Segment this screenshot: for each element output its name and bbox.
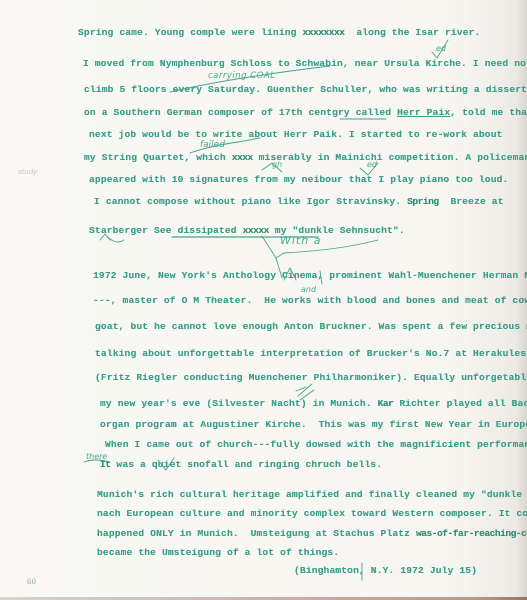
- text-line-5: next job would be to write about Herr Pa…: [89, 129, 503, 140]
- line-text: When I came out of church---fully dowsed…: [105, 439, 527, 450]
- handwritten-with-a: With a: [280, 234, 321, 247]
- line-text: Spring came. Young comple were lining: [78, 27, 302, 38]
- line-text: (Binghamton, N.Y. 1972 July 15): [294, 565, 477, 576]
- line-text: was a quiet snofall and ringing chruch b…: [111, 459, 383, 470]
- line-text: talking about unforgettable interpretati…: [95, 348, 527, 359]
- text-line-21: happened ONLY in Munich. Umsteigung at S…: [97, 528, 527, 539]
- line-text: Munich's rich cultural heritage amplifie…: [97, 489, 527, 500]
- struck-text: xxxxxxxx: [302, 27, 344, 38]
- text-line-17: When I came out of church---fully dowsed…: [105, 439, 527, 450]
- text-line-15: my new year's eve (Silvester Nacht) in M…: [100, 398, 527, 409]
- typewritten-page: Spring came. Young comple were lining xx…: [0, 0, 527, 600]
- handwritten-ed-2: ed: [367, 160, 377, 169]
- line-text: Starberger See dissipated: [89, 225, 243, 236]
- line-text: along the Isar river.: [345, 27, 481, 38]
- line-text: appeared with 10 signatures from my neib…: [89, 174, 508, 185]
- struck-text: xxxxx: [243, 225, 269, 236]
- line-text: happened ONLY in Munich. Umsteigung at S…: [97, 528, 416, 539]
- struck-text: Spring: [407, 196, 439, 207]
- faint-margin-note: study: [18, 168, 37, 176]
- text-line-9: Starberger See dissipated xxxxx my "dunk…: [89, 225, 405, 236]
- text-line-22: became the Umsteigung of a lot of things…: [97, 547, 339, 558]
- struck-text: was-of-far-reaching-consequence: [416, 528, 527, 539]
- line-text: I moved from Nymphenburg Schloss to Schw…: [83, 58, 527, 69]
- text-line-6: my String Quartet, which xxxx miserably …: [84, 152, 527, 163]
- line-text: climb 5 floors every Saturday. Guenther …: [84, 84, 527, 95]
- signature-line: (Binghamton, N.Y. 1972 July 15): [294, 565, 477, 576]
- text-line-16: organ program at Augustiner Kirche. This…: [100, 419, 527, 430]
- text-line-12: goat, but he cannot love enough Anton Br…: [95, 321, 527, 332]
- text-line-13: talking about unforgettable interpretati…: [95, 348, 527, 359]
- line-text: , told me that his: [450, 107, 527, 118]
- text-line-7: appeared with 10 signatures from my neib…: [89, 174, 508, 185]
- line-text: goat, but he cannot love enough Anton Br…: [95, 321, 527, 332]
- line-text: 1972 June, New York's Anthology Cinema, …: [93, 270, 527, 281]
- struck-text: xxxx: [232, 152, 253, 163]
- handwritten-ed: ed: [436, 44, 446, 53]
- page-edge-shadow: [517, 0, 527, 600]
- text-line-3: climb 5 floors every Saturday. Guenther …: [84, 84, 527, 95]
- line-text: ---, master of O M Theater. He works wit…: [93, 295, 527, 306]
- line-text: on a Southern German composer of 17th ce…: [84, 107, 397, 118]
- line-text: miserably in Mainichi competition. A pol…: [253, 152, 527, 163]
- text-line-4: on a Southern German composer of 17th ce…: [84, 107, 527, 118]
- text-line-11: ---, master of O M Theater. He works wit…: [93, 295, 527, 306]
- underlined-text: Herr Paix: [397, 107, 450, 118]
- text-line-2: I moved from Nymphenburg Schloss to Schw…: [83, 58, 527, 69]
- handwritten-failed: failed: [200, 140, 225, 150]
- text-line-1: Spring came. Young comple were lining xx…: [78, 27, 480, 38]
- page-number: 60: [27, 578, 36, 586]
- line-text: next job would be to write about Herr Pa…: [89, 129, 503, 140]
- line-text: became the Umsteigung of a lot of things…: [97, 547, 339, 558]
- text-line-10: 1972 June, New York's Anthology Cinema, …: [93, 270, 527, 281]
- line-text: Richter played all Bach: [393, 398, 527, 409]
- line-text: my new year's eve (Silvester Nacht) in M…: [100, 398, 378, 409]
- line-text: Breeze at: [439, 196, 504, 207]
- text-line-18: It was a quiet snofall and ringing chruc…: [100, 459, 382, 470]
- handwritten-gh: gh: [272, 160, 282, 169]
- line-text: nach European culture and minority compl…: [97, 508, 527, 519]
- text-line-19: Munich's rich cultural heritage amplifie…: [97, 489, 527, 500]
- line-text: I cannot compose without piano like Igor…: [94, 196, 407, 207]
- line-text: my String Quartet, which: [84, 152, 232, 163]
- handwritten-and: and: [301, 285, 316, 294]
- line-text: organ program at Augustiner Kirche. This…: [100, 419, 527, 430]
- handwritten-there: there: [86, 452, 107, 461]
- text-line-14: (Fritz Riegler conducting Muenchener Phi…: [95, 372, 527, 383]
- text-line-20: nach European culture and minority compl…: [97, 508, 527, 519]
- line-text: (Fritz Riegler conducting Muenchener Phi…: [95, 372, 527, 383]
- text-line-8: I cannot compose without piano like Igor…: [94, 196, 504, 207]
- handwritten-carrying-coal: carrying COAL: [208, 71, 275, 81]
- struck-text: Kar: [378, 398, 394, 409]
